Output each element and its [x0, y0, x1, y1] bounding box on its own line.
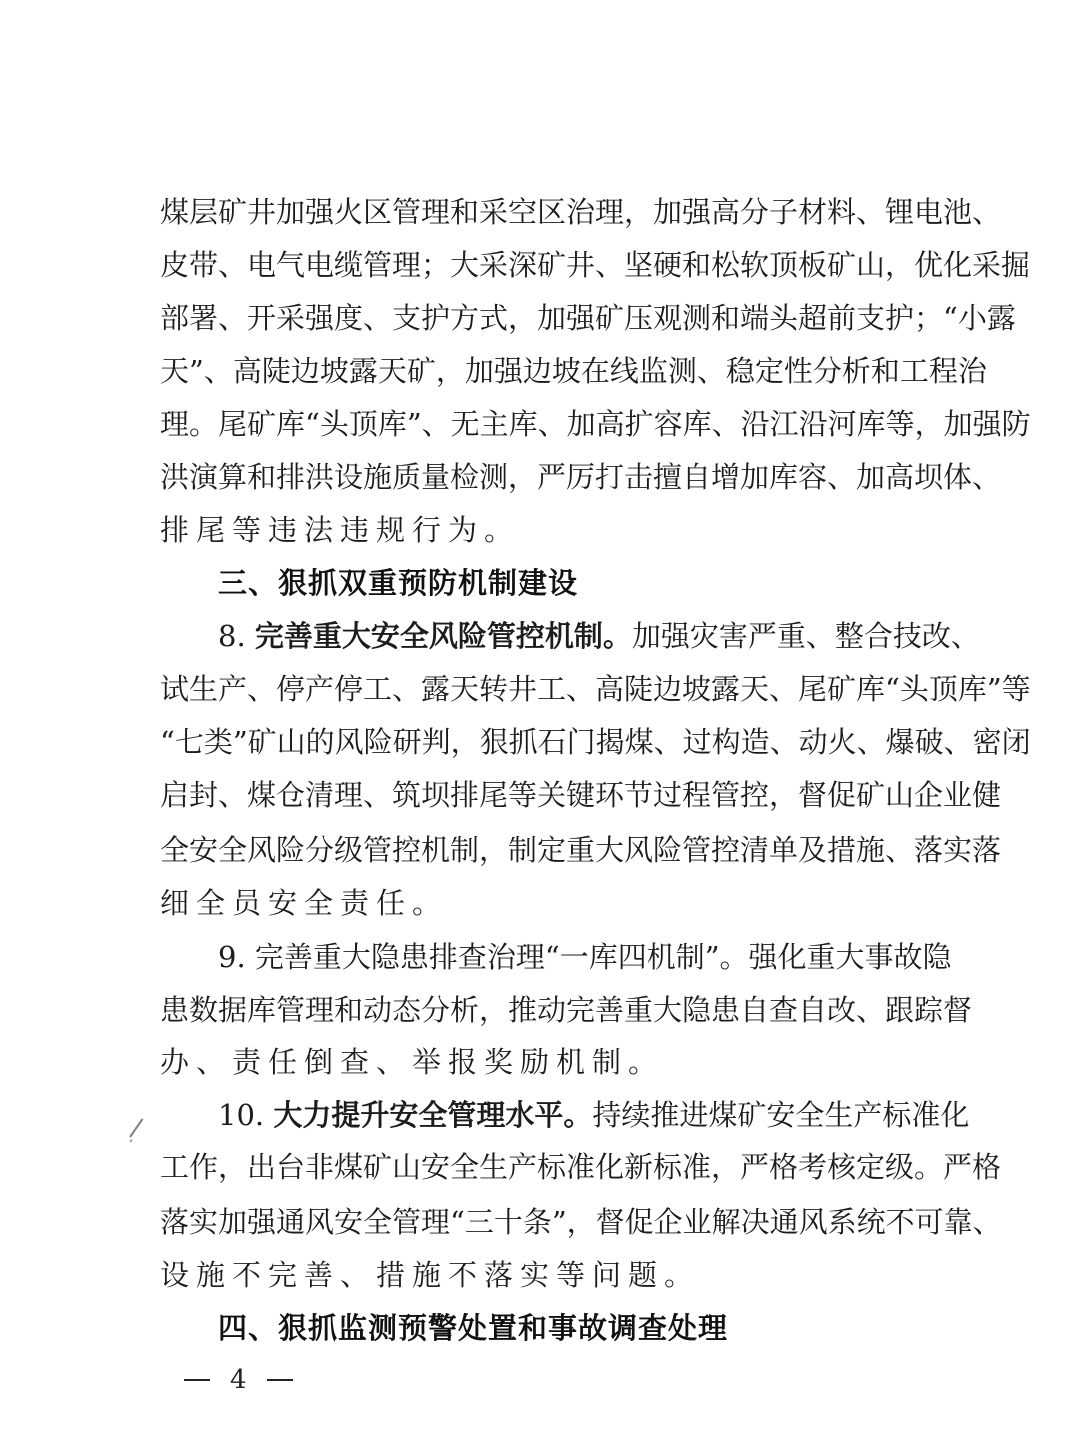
- body-line: 洪演算和排洪设施质量检测，严厉打击擅自增加库容、加高坝体、: [160, 457, 950, 497]
- pen-mark: [129, 1118, 143, 1137]
- document-page: 煤层矿井加强火区管理和采空区治理，加强高分子材料、锂电池、 皮带、电气电缆管理；…: [0, 0, 1080, 1456]
- body-line: 部署、开采强度、支护方式，加强矿压观测和端头超前支护；“小露: [160, 298, 950, 338]
- page-number: 4: [230, 1362, 247, 1398]
- body-line: 落实加强通风安全管理“三十条”，督促企业解决通风系统不可靠、: [160, 1202, 950, 1242]
- item-title: 大力提升安全管理水平。: [273, 1098, 592, 1132]
- body-line: 工作，出台非煤矿山安全生产标准化新标准，严格考核定级。严格: [160, 1147, 950, 1187]
- item-number: 8.: [218, 619, 246, 653]
- dash-left: [184, 1379, 210, 1381]
- item-text: 持续推进煤矿安全生产标准化: [592, 1098, 969, 1132]
- body-line: 试生产、停产停工、露天转井工、高陡边坡露天、尾矿库“头顶库”等: [160, 669, 950, 709]
- body-line: 办、责任倒查、举报奖励机制。: [160, 1042, 950, 1082]
- item-title: 完善重大安全风险管控机制。: [255, 619, 632, 653]
- section-heading-4: 四、狠抓监测预警处置和事故调查处理: [218, 1308, 728, 1348]
- item-title: 完善重大隐患排查治理“一库四机制”。: [255, 940, 749, 974]
- item-text: 加强灾害严重、整合技改、: [632, 619, 980, 653]
- body-line: 天”、高陡边坡露天矿，加强边坡在线监测、稳定性分析和工程治: [160, 351, 950, 391]
- body-line: 理。尾矿库“头顶库”、无主库、加高扩容库、沿江沿河库等，加强防: [160, 404, 950, 444]
- item-number: 9.: [218, 940, 246, 974]
- body-line: 启封、煤仓清理、筑坝排尾等关键环节过程管控，督促矿山企业健: [160, 775, 950, 815]
- page-number-footer: 4: [184, 1362, 293, 1398]
- body-line: 患数据库管理和动态分析，推动完善重大隐患自查自改、跟踪督: [160, 990, 950, 1030]
- section-heading-3: 三、狠抓双重预防机制建设: [218, 563, 578, 603]
- body-line: 设施不完善、措施不落实等问题。: [160, 1255, 950, 1295]
- item-8-first-line: 8. 完善重大安全风险管控机制。加强灾害严重、整合技改、: [218, 616, 950, 656]
- body-line: 细全员安全责任。: [160, 883, 950, 923]
- item-number: 10.: [218, 1098, 264, 1132]
- body-line: “七类”矿山的风险研判，狠抓石门揭煤、过构造、动火、爆破、密闭: [160, 722, 950, 762]
- item-text: 强化重大事故隐: [749, 940, 952, 974]
- body-line: 煤层矿井加强火区管理和采空区治理，加强高分子材料、锂电池、: [160, 192, 950, 232]
- item-10-first-line: 10. 大力提升安全管理水平。持续推进煤矿安全生产标准化: [218, 1095, 950, 1135]
- item-9-first-line: 9. 完善重大隐患排查治理“一库四机制”。强化重大事故隐: [218, 937, 950, 977]
- body-line: 全安全风险分级管控机制，制定重大风险管控清单及措施、落实落: [160, 830, 950, 870]
- body-line: 排尾等违法违规行为。: [160, 510, 950, 550]
- body-line: 皮带、电气电缆管理；大采深矿井、坚硬和松软顶板矿山，优化采掘: [160, 245, 950, 285]
- dash-right: [267, 1379, 293, 1381]
